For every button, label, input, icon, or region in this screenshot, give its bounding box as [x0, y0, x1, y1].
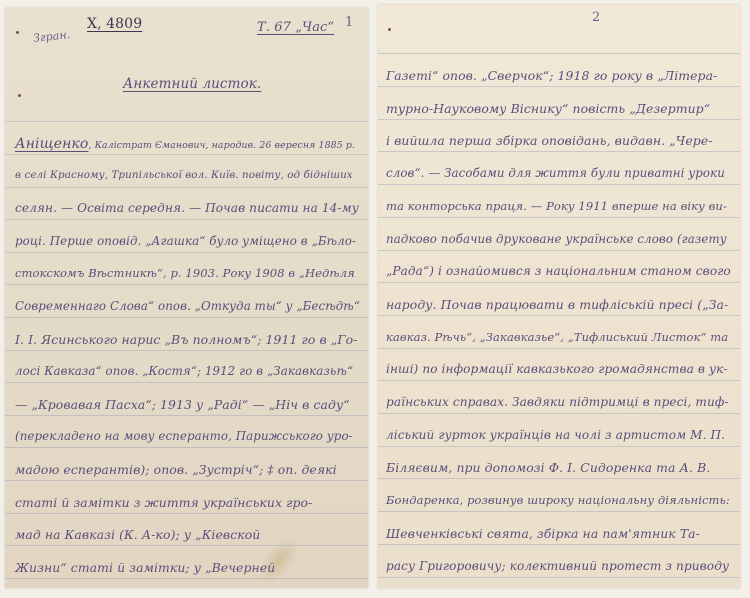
text-line: „Рада“) і ознайомився з національним ста… — [386, 264, 731, 278]
text-line: і вийшла перша збірка оповідань, видавн.… — [386, 133, 713, 148]
ruled-line — [378, 478, 740, 479]
text-line: Современнаго Слова“ опов. „Откуда ты“ у … — [15, 299, 360, 313]
ruled-line — [378, 86, 740, 87]
text-line: інші) по інформації кавказького громадян… — [386, 362, 728, 376]
text-line: слов“. — Засобами для життя були приватн… — [386, 166, 725, 180]
ruled-line — [378, 446, 740, 447]
ruled-line — [5, 415, 368, 416]
text-line: Жизни“ статі й замітки; у „Вечерней — [15, 560, 275, 575]
ruled-line — [5, 578, 368, 579]
ink-speck — [388, 28, 391, 31]
text-line: (перекладено на мову есперанто, Парижськ… — [15, 429, 353, 443]
ruled-line — [378, 151, 740, 152]
text-line: лосі Кавказа“ опов. „Костя“; 1912 го в „… — [15, 364, 353, 378]
surname: Аніщенко — [15, 136, 88, 152]
page-number: 2 — [592, 10, 600, 25]
ruled-line — [5, 480, 368, 481]
document-page-1: Згран. X, 4809 Т. 67 „Час“ 1 Анкетний ли… — [5, 8, 368, 588]
ruled-line — [5, 382, 368, 383]
text-line: мадою есперантів); опов. „Зустріч“; ‡ оп… — [15, 462, 337, 477]
text-line: падково побачив друковане українське сло… — [386, 232, 727, 246]
ruled-line — [5, 154, 368, 155]
registry-note: Згран. — [32, 28, 71, 45]
fund-reference: Т. 67 „Час“ — [257, 20, 334, 35]
text-line: І. І. Ясинського нарис „Въ полномъ“; 191… — [15, 332, 357, 347]
ink-speck — [18, 94, 21, 97]
ruled-line — [5, 545, 368, 546]
text-line: та конторська праця. — Року 1911 вперше … — [386, 199, 727, 213]
text-line: стокскомъ Вѣстникѣ“, р. 1903. Року 1908 … — [15, 266, 355, 280]
ruled-line — [378, 315, 740, 316]
text-line: народу. Почав працювати в тифліській пре… — [386, 297, 728, 312]
text-line: Бондаренка, розвинув широку національну … — [386, 493, 730, 507]
ruled-line — [378, 380, 740, 381]
text-line: Біляєвим, при допомозі Ф. І. Сидоренка т… — [386, 460, 710, 475]
ruled-line — [5, 187, 368, 188]
ink-speck — [16, 31, 19, 34]
ruled-line — [378, 544, 740, 545]
ruled-line — [378, 184, 740, 185]
ruled-line — [378, 413, 740, 414]
text-line: кавказ. Рѣчь“, „Закавказье“, „Тифлиський… — [386, 330, 728, 344]
document-page-2: 2 Газеті“ опов. „Сверчок“; 1918 го року … — [378, 5, 740, 588]
text-line: мад на Кавказі (К. А-ко); у „Кіевской — [15, 527, 260, 542]
ruled-line — [378, 217, 740, 218]
archive-number: X, 4809 — [87, 16, 142, 32]
ruled-line — [5, 219, 368, 220]
ruled-line — [378, 53, 740, 54]
text-line: селян. — Освіта середня. — Почав писати … — [15, 201, 359, 215]
ruled-line — [378, 348, 740, 349]
ruled-line — [5, 447, 368, 448]
text-line: расу Григоровичу; колективний протест з … — [386, 559, 729, 573]
text-line: турно-Науковому Віснику“ повість „Дезерт… — [386, 101, 710, 116]
ruled-line — [378, 250, 740, 251]
ruled-line — [5, 284, 368, 285]
page-number: 1 — [345, 15, 353, 30]
text-line: ліський гурток українців на чолі з артис… — [386, 428, 725, 442]
ruled-line — [5, 350, 368, 351]
ruled-line — [378, 577, 740, 578]
text-line: Аніщенко, Калістрат Єманович, народив. 2… — [15, 136, 355, 152]
ruled-line — [5, 513, 368, 514]
ruled-line — [5, 121, 368, 122]
ruled-line — [5, 252, 368, 253]
text-line: статі й замітки з життя українських гро- — [15, 495, 312, 510]
text-line: — „Кровавая Пасха“; 1913 у „Раді“ — „Ніч… — [15, 397, 350, 412]
ruled-line — [378, 511, 740, 512]
text-line: Газеті“ опов. „Сверчок“; 1918 го року в … — [386, 68, 717, 83]
text-line: раїнських справах. Завдяки підтримці в п… — [386, 395, 729, 409]
ruled-line — [378, 282, 740, 283]
ruled-line — [5, 317, 368, 318]
text-line: Шевченківські свята, збірка на пам'ятник… — [386, 526, 700, 541]
text-line: в селі Красному, Трипільської вол. Київ.… — [15, 169, 353, 181]
document-title: Анкетний листок. — [123, 76, 261, 92]
ruled-line — [378, 119, 740, 120]
text-line: році. Перше оповід. „Агашка“ було уміщен… — [15, 234, 356, 248]
